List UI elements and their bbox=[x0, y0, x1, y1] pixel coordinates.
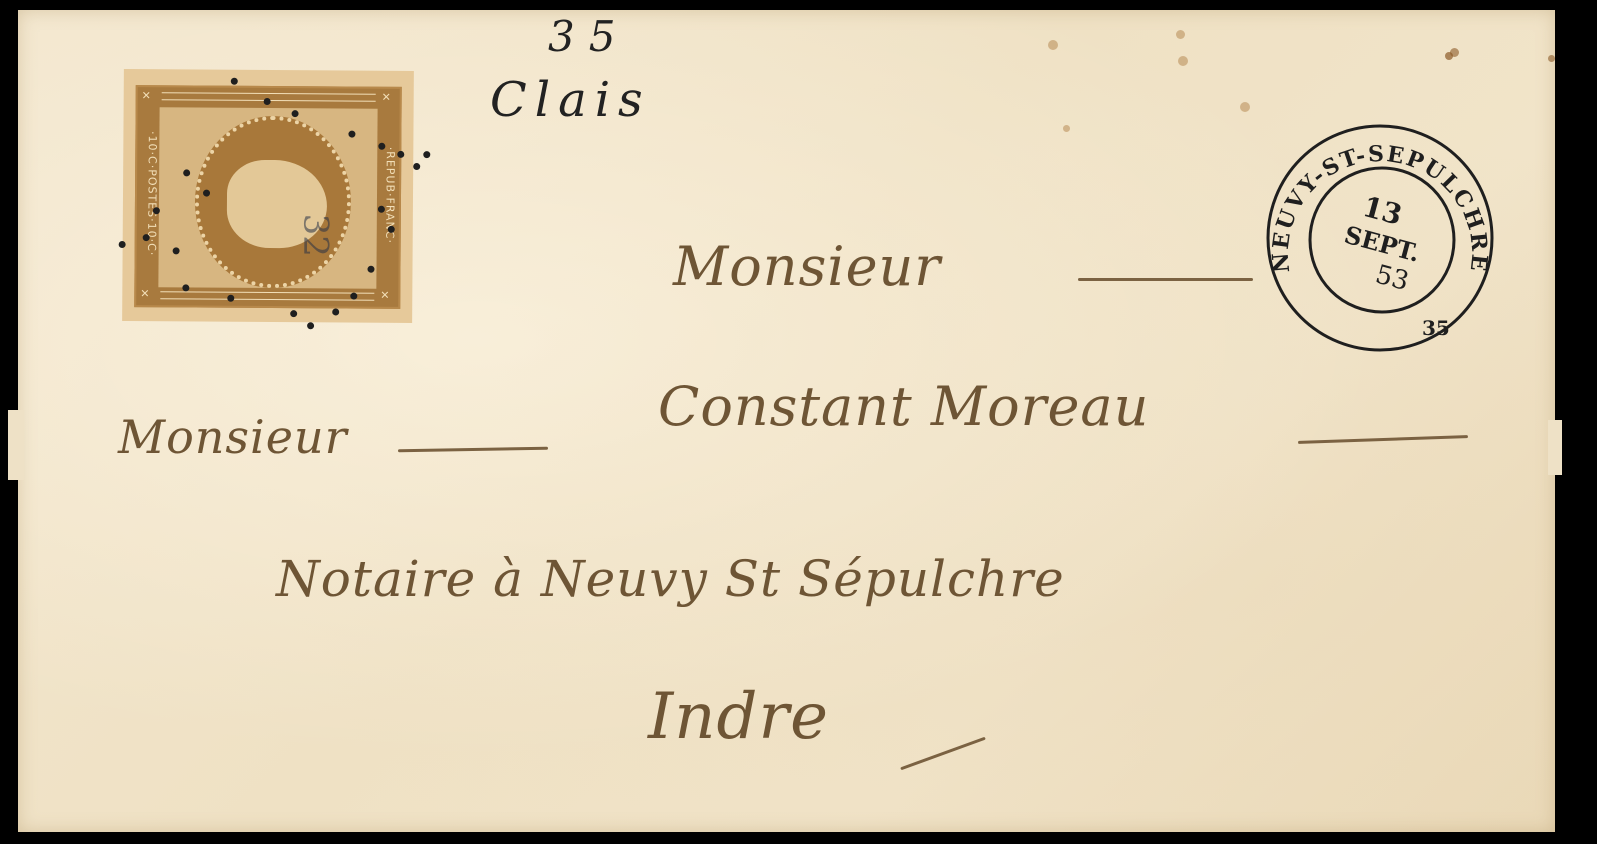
stamp-corner-glyph: ✕ bbox=[140, 287, 149, 300]
cancel-dot bbox=[292, 110, 299, 117]
cancel-dot bbox=[153, 207, 160, 214]
stamp-country-text: ·REPUB·FRANC· bbox=[383, 120, 397, 270]
cancel-dot bbox=[378, 143, 385, 150]
foxing-spot bbox=[1176, 30, 1185, 39]
addressee-line3: Notaire à Neuvy St Sépulchre bbox=[276, 550, 1065, 608]
cancel-dot bbox=[388, 226, 395, 233]
cancel-dot bbox=[367, 266, 374, 273]
foxing-spot bbox=[1048, 40, 1058, 50]
cancel-dot bbox=[378, 206, 385, 213]
stamp-vignette: 32 bbox=[158, 107, 377, 289]
cancel-dot bbox=[290, 310, 297, 317]
cancel-dot bbox=[143, 234, 150, 241]
flourish bbox=[1078, 278, 1253, 281]
cancel-dot bbox=[203, 190, 210, 197]
salutation-left: Monsieur bbox=[118, 410, 348, 464]
cover-flap bbox=[1548, 420, 1562, 475]
cancel-number: 32 bbox=[295, 214, 335, 258]
stamp-corner-glyph: ✕ bbox=[382, 91, 391, 104]
cancel-dot bbox=[332, 308, 339, 315]
postmark-cds: NEUVY-ST-SEPULCHRE 35 13 SEPT. 53 bbox=[1262, 120, 1498, 356]
cancel-dot bbox=[173, 247, 180, 254]
stamp-corner-glyph: ✕ bbox=[380, 289, 389, 302]
flourish bbox=[1298, 435, 1468, 444]
foxing-spot bbox=[1178, 56, 1188, 66]
cancel-dot bbox=[307, 322, 314, 329]
flourish bbox=[900, 737, 986, 771]
stamp-value-text: ·10·C·POSTES·10·C· bbox=[145, 119, 159, 269]
stamp-frame: ✕ ✕ ✕ ✕ ·10·C·POSTES·10·C· ·REPUB·FRANC·… bbox=[134, 85, 402, 309]
cancel-dot bbox=[119, 241, 126, 248]
addressee-name: Constant Moreau bbox=[658, 375, 1149, 438]
cancel-dot bbox=[227, 295, 234, 302]
foxing-spot bbox=[1240, 102, 1250, 112]
cancel-dot bbox=[264, 98, 271, 105]
stamp-greek-key bbox=[160, 291, 374, 300]
cancel-dot bbox=[348, 131, 355, 138]
stamp-medallion: 32 bbox=[194, 115, 351, 288]
cancel-dot bbox=[397, 151, 404, 158]
foxing-spot bbox=[1063, 125, 1070, 132]
cancel-dot bbox=[423, 151, 430, 158]
foxing-spot bbox=[1450, 48, 1459, 57]
cancel-dot bbox=[413, 163, 420, 170]
cancel-dot bbox=[231, 78, 238, 85]
cancel-dot bbox=[182, 284, 189, 291]
addressee-department: Indre bbox=[648, 680, 829, 754]
origin-mark-place: Clais bbox=[490, 72, 651, 128]
cancel-dot bbox=[350, 293, 357, 300]
origin-mark-number: 35 bbox=[548, 12, 629, 61]
stamp-corner-glyph: ✕ bbox=[142, 89, 151, 102]
cover-flap bbox=[8, 410, 24, 480]
postmark-dept: 35 bbox=[1422, 316, 1450, 340]
postage-stamp: ✕ ✕ ✕ ✕ ·10·C·POSTES·10·C· ·REPUB·FRANC·… bbox=[122, 69, 414, 323]
flourish bbox=[398, 447, 548, 453]
cancel-dot bbox=[183, 169, 190, 176]
postmark-circle-icon: NEUVY-ST-SEPULCHRE 35 13 SEPT. 53 bbox=[1262, 120, 1498, 356]
salutation: Monsieur bbox=[673, 235, 941, 298]
foxing-spot bbox=[1548, 55, 1555, 62]
